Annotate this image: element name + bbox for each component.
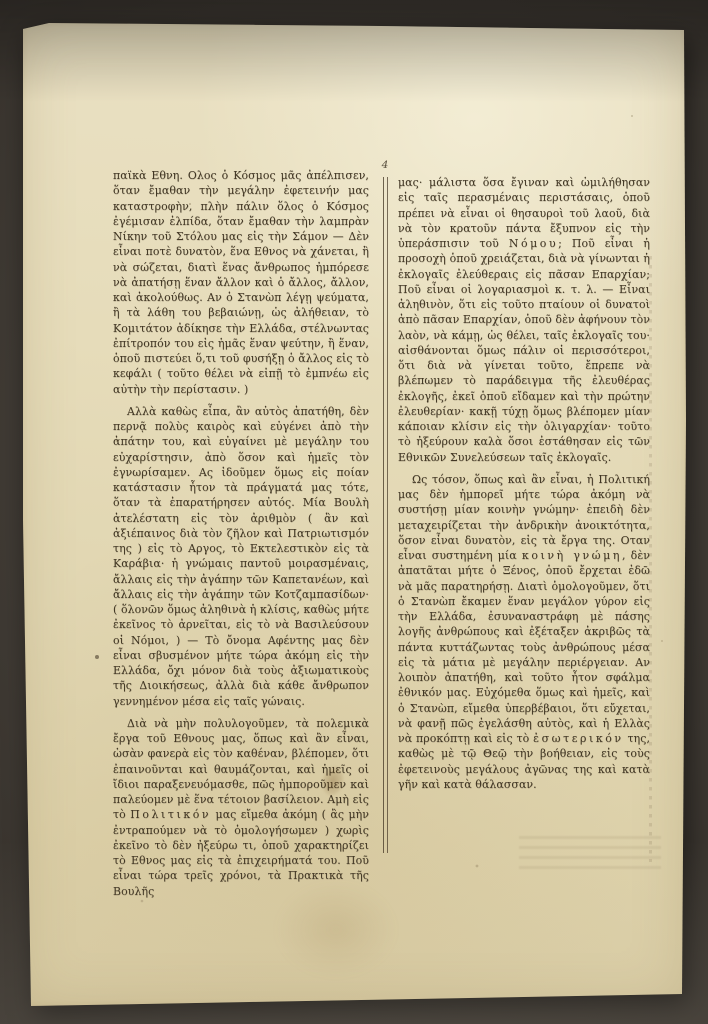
- column-divider-rule: [383, 177, 388, 853]
- text-run: παϊκὰ Εθνη. Ολος ὁ Κόσμος μᾶς ἀπέλπισεν,…: [113, 169, 369, 396]
- text-run: μας εἴμεθα ἀκόμη ( ἂς μὴν ἐντραπούμεν νὰ…: [113, 808, 369, 897]
- show-through-text: [519, 836, 661, 870]
- text-run: ; Ποῦ εἶναι ἡ προσοχὴ ὁποῦ χρειάζεται, δ…: [398, 237, 650, 464]
- show-through-marks: [649, 256, 652, 862]
- text-run: Αλλὰ καθὼς εἶπα, ἂν αὐτὸς ἀπατήθη, δὲν π…: [113, 405, 369, 708]
- text-column-right: μας· μάλιστα ὅσα ἔγιναν καὶ ὡμιλήθησαν ε…: [398, 175, 650, 799]
- emphasized-text: Πολιτικόν: [130, 808, 211, 821]
- paragraph: Αλλὰ καθὼς εἶπα, ἂν αὐτὸς ἀπατήθη, δὲν π…: [113, 404, 369, 709]
- emphasized-text: κοινὴ γνώμη: [522, 549, 622, 562]
- paper-specks: [21, 20, 23, 22]
- paragraph: Ως τόσον, ὅπως καὶ ἂν εἶναι, ἡ Πολιτική …: [398, 472, 650, 792]
- photo-background: 4 παϊκὰ Εθνη. Ολος ὁ Κόσμος μᾶς ἀπέλπισε…: [0, 0, 708, 1024]
- paragraph: Διὰ νὰ μὴν πολυλογοῦμεν, τὰ πολεμικὰ ἔργ…: [113, 716, 369, 899]
- document-page-wrapper: 4 παϊκὰ Εθνη. Ολος ὁ Κόσμος μᾶς ἀπέλπισε…: [0, 0, 708, 1024]
- document-page: 4 παϊκὰ Εθνη. Ολος ὁ Κόσμος μᾶς ἀπέλπισε…: [21, 20, 687, 1008]
- paragraph: παϊκὰ Εθνη. Ολος ὁ Κόσμος μᾶς ἀπέλπισεν,…: [113, 168, 369, 397]
- emphasized-text: Νόμου: [509, 237, 558, 250]
- text-run: , δὲν ἀπατᾶται μήτε ὁ Ξένος, ὁποῦ ἔρχετα…: [398, 549, 650, 745]
- page-number: 4: [375, 159, 395, 171]
- emphasized-text: ἐσωτερικόν: [533, 732, 623, 745]
- text-column-left: παϊκὰ Εθνη. Ολος ὁ Κόσμος μᾶς ἀπέλπισεν,…: [113, 168, 369, 906]
- paragraph: μας· μάλιστα ὅσα ἔγιναν καὶ ὡμιλήθησαν ε…: [398, 175, 650, 465]
- text-run: Διὰ νὰ μὴν πολυλογοῦμεν, τὰ πολεμικὰ ἔργ…: [113, 717, 369, 822]
